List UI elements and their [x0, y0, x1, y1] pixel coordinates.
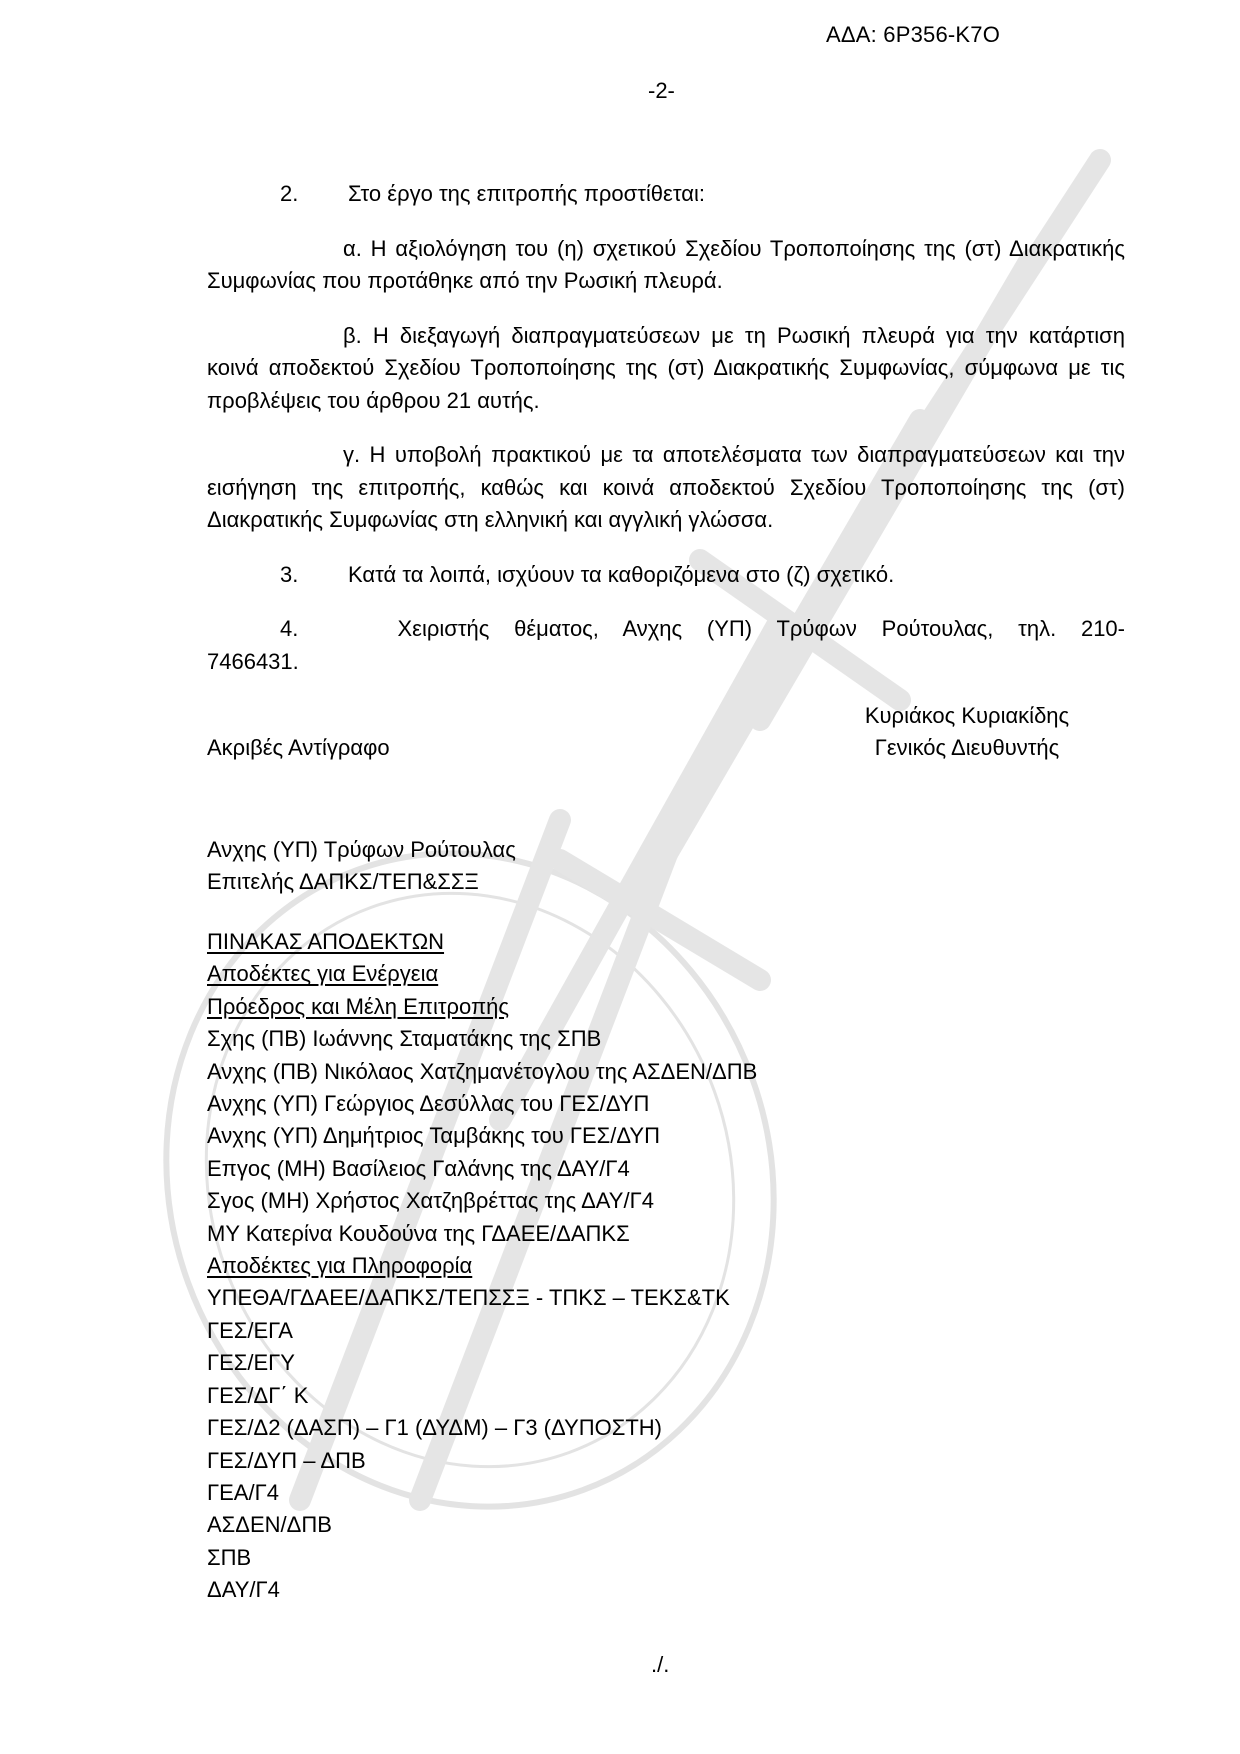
recipients-title: ΠΙΝΑΚΑΣ ΑΠΟΔΕΚΤΩΝ	[207, 926, 1125, 958]
signer-name: Κυριάκος Κυριακίδης	[807, 700, 1127, 732]
sender-role: Επιτελής ΔΑΠΚΣ/ΤΕΠ&ΣΣΞ	[207, 866, 1125, 898]
paragraph-text: Στο έργο της επιτροπής προστίθεται:	[348, 178, 705, 211]
document-body: 2. Στο έργο της επιτροπής προστίθεται: α…	[207, 178, 1125, 1607]
sender-name: Ανχης (ΥΠ) Τρύφων Ρούτουλας	[207, 834, 1125, 866]
paragraph-number: 4.	[280, 616, 298, 641]
list-item: ΓΕΣ/Δ2 (ΔΑΣΠ) – Γ1 (ΔΥΔΜ) – Γ3 (ΔΥΠΟΣΤΗ)	[207, 1412, 1125, 1444]
info-recipients-heading: Αποδέκτες για Πληροφορία	[207, 1250, 1125, 1282]
paragraph-4: 4. Χειριστής θέματος, Ανχης (ΥΠ) Τρύφων …	[207, 613, 1125, 678]
paragraph-2b: β. Η διεξαγωγή διαπραγματεύσεων με τη Ρω…	[207, 320, 1125, 418]
list-item: Ανχης (ΥΠ) Δημήτριος Ταμβάκης του ΓΕΣ/ΔΥ…	[207, 1120, 1125, 1152]
list-item: ΣΠΒ	[207, 1542, 1125, 1574]
list-item: Ανχης (ΠΒ) Νικόλαος Χατζημανέτογλου της …	[207, 1056, 1125, 1088]
list-item: ΔΑΥ/Γ4	[207, 1574, 1125, 1606]
paragraph-3: 3. Κατά τα λοιπά, ισχύουν τα καθοριζόμεν…	[207, 559, 1125, 592]
action-recipients-heading: Αποδέκτες για Ενέργεια	[207, 958, 1125, 990]
list-item: ΓΕΑ/Γ4	[207, 1477, 1125, 1509]
paragraph-number: 2.	[280, 178, 348, 211]
list-item: ΓΕΣ/ΔΓ΄ Κ	[207, 1380, 1125, 1412]
list-item: Σχης (ΠΒ) Ιωάννης Σταματάκης της ΣΠΒ	[207, 1023, 1125, 1055]
signer-title: Γενικός Διευθυντής	[807, 732, 1127, 764]
list-item: ΥΠΕΘΑ/ΓΔΑΕΕ/ΔΑΠΚΣ/ΤΕΠΣΣΞ - ΤΠΚΣ – ΤΕΚΣ&Τ…	[207, 1282, 1125, 1314]
paragraph-2c: γ. Η υποβολή πρακτικού με τα αποτελέσματ…	[207, 439, 1125, 537]
certified-copy-label: Ακριβές Αντίγραφο	[207, 732, 390, 765]
signer: Κυριάκος Κυριακίδης Γενικός Διευθυντής	[807, 700, 1127, 764]
paragraph-2a: α. Η αξιολόγηση του (η) σχετικού Σχεδίου…	[207, 233, 1125, 298]
page-number: -2-	[648, 78, 675, 104]
list-item: ΜΥ Κατερίνα Κουδούνα της ΓΔΑΕΕ/ΔΑΠΚΣ	[207, 1218, 1125, 1250]
paragraph-text: Κατά τα λοιπά, ισχύουν τα καθοριζόμενα σ…	[348, 559, 894, 592]
paragraph-2: 2. Στο έργο της επιτροπής προστίθεται:	[207, 178, 1125, 211]
sender-block: Ανχης (ΥΠ) Τρύφων Ρούτουλας Επιτελής ΔΑΠ…	[207, 834, 1125, 898]
list-item: ΑΣΔΕΝ/ΔΠΒ	[207, 1509, 1125, 1541]
list-item: Επγος (ΜΗ) Βασίλειος Γαλάνης της ΔΑΥ/Γ4	[207, 1153, 1125, 1185]
list-item: Σγος (ΜΗ) Χρήστος Χατζηβρέττας της ΔΑΥ/Γ…	[207, 1185, 1125, 1217]
continuation-mark: ./.	[651, 1652, 669, 1678]
paragraph-text: Χειριστής θέματος, Ανχης (ΥΠ) Τρύφων Ρού…	[207, 616, 1125, 674]
list-item: ΓΕΣ/ΕΓΥ	[207, 1347, 1125, 1379]
recipients-table: ΠΙΝΑΚΑΣ ΑΠΟΔΕΚΤΩΝ Αποδέκτες για Ενέργεια…	[207, 926, 1125, 1607]
committee-heading: Πρόεδρος και Μέλη Επιτροπής	[207, 991, 1125, 1023]
list-item: ΓΕΣ/ΔΥΠ – ΔΠΒ	[207, 1445, 1125, 1477]
list-item: ΓΕΣ/ΕΓΑ	[207, 1315, 1125, 1347]
signature-block: Ακριβές Αντίγραφο Κυριάκος Κυριακίδης Γε…	[207, 700, 1125, 764]
list-item: Ανχης (ΥΠ) Γεώργιος Δεσύλλας του ΓΕΣ/ΔΥΠ	[207, 1088, 1125, 1120]
document-page: ΑΔΑ: 6Ρ356-Κ7Ο -2- 2. Στο έργο της επιτρ…	[0, 0, 1240, 1754]
ada-code: ΑΔΑ: 6Ρ356-Κ7Ο	[826, 22, 1000, 48]
paragraph-number: 3.	[280, 559, 348, 592]
